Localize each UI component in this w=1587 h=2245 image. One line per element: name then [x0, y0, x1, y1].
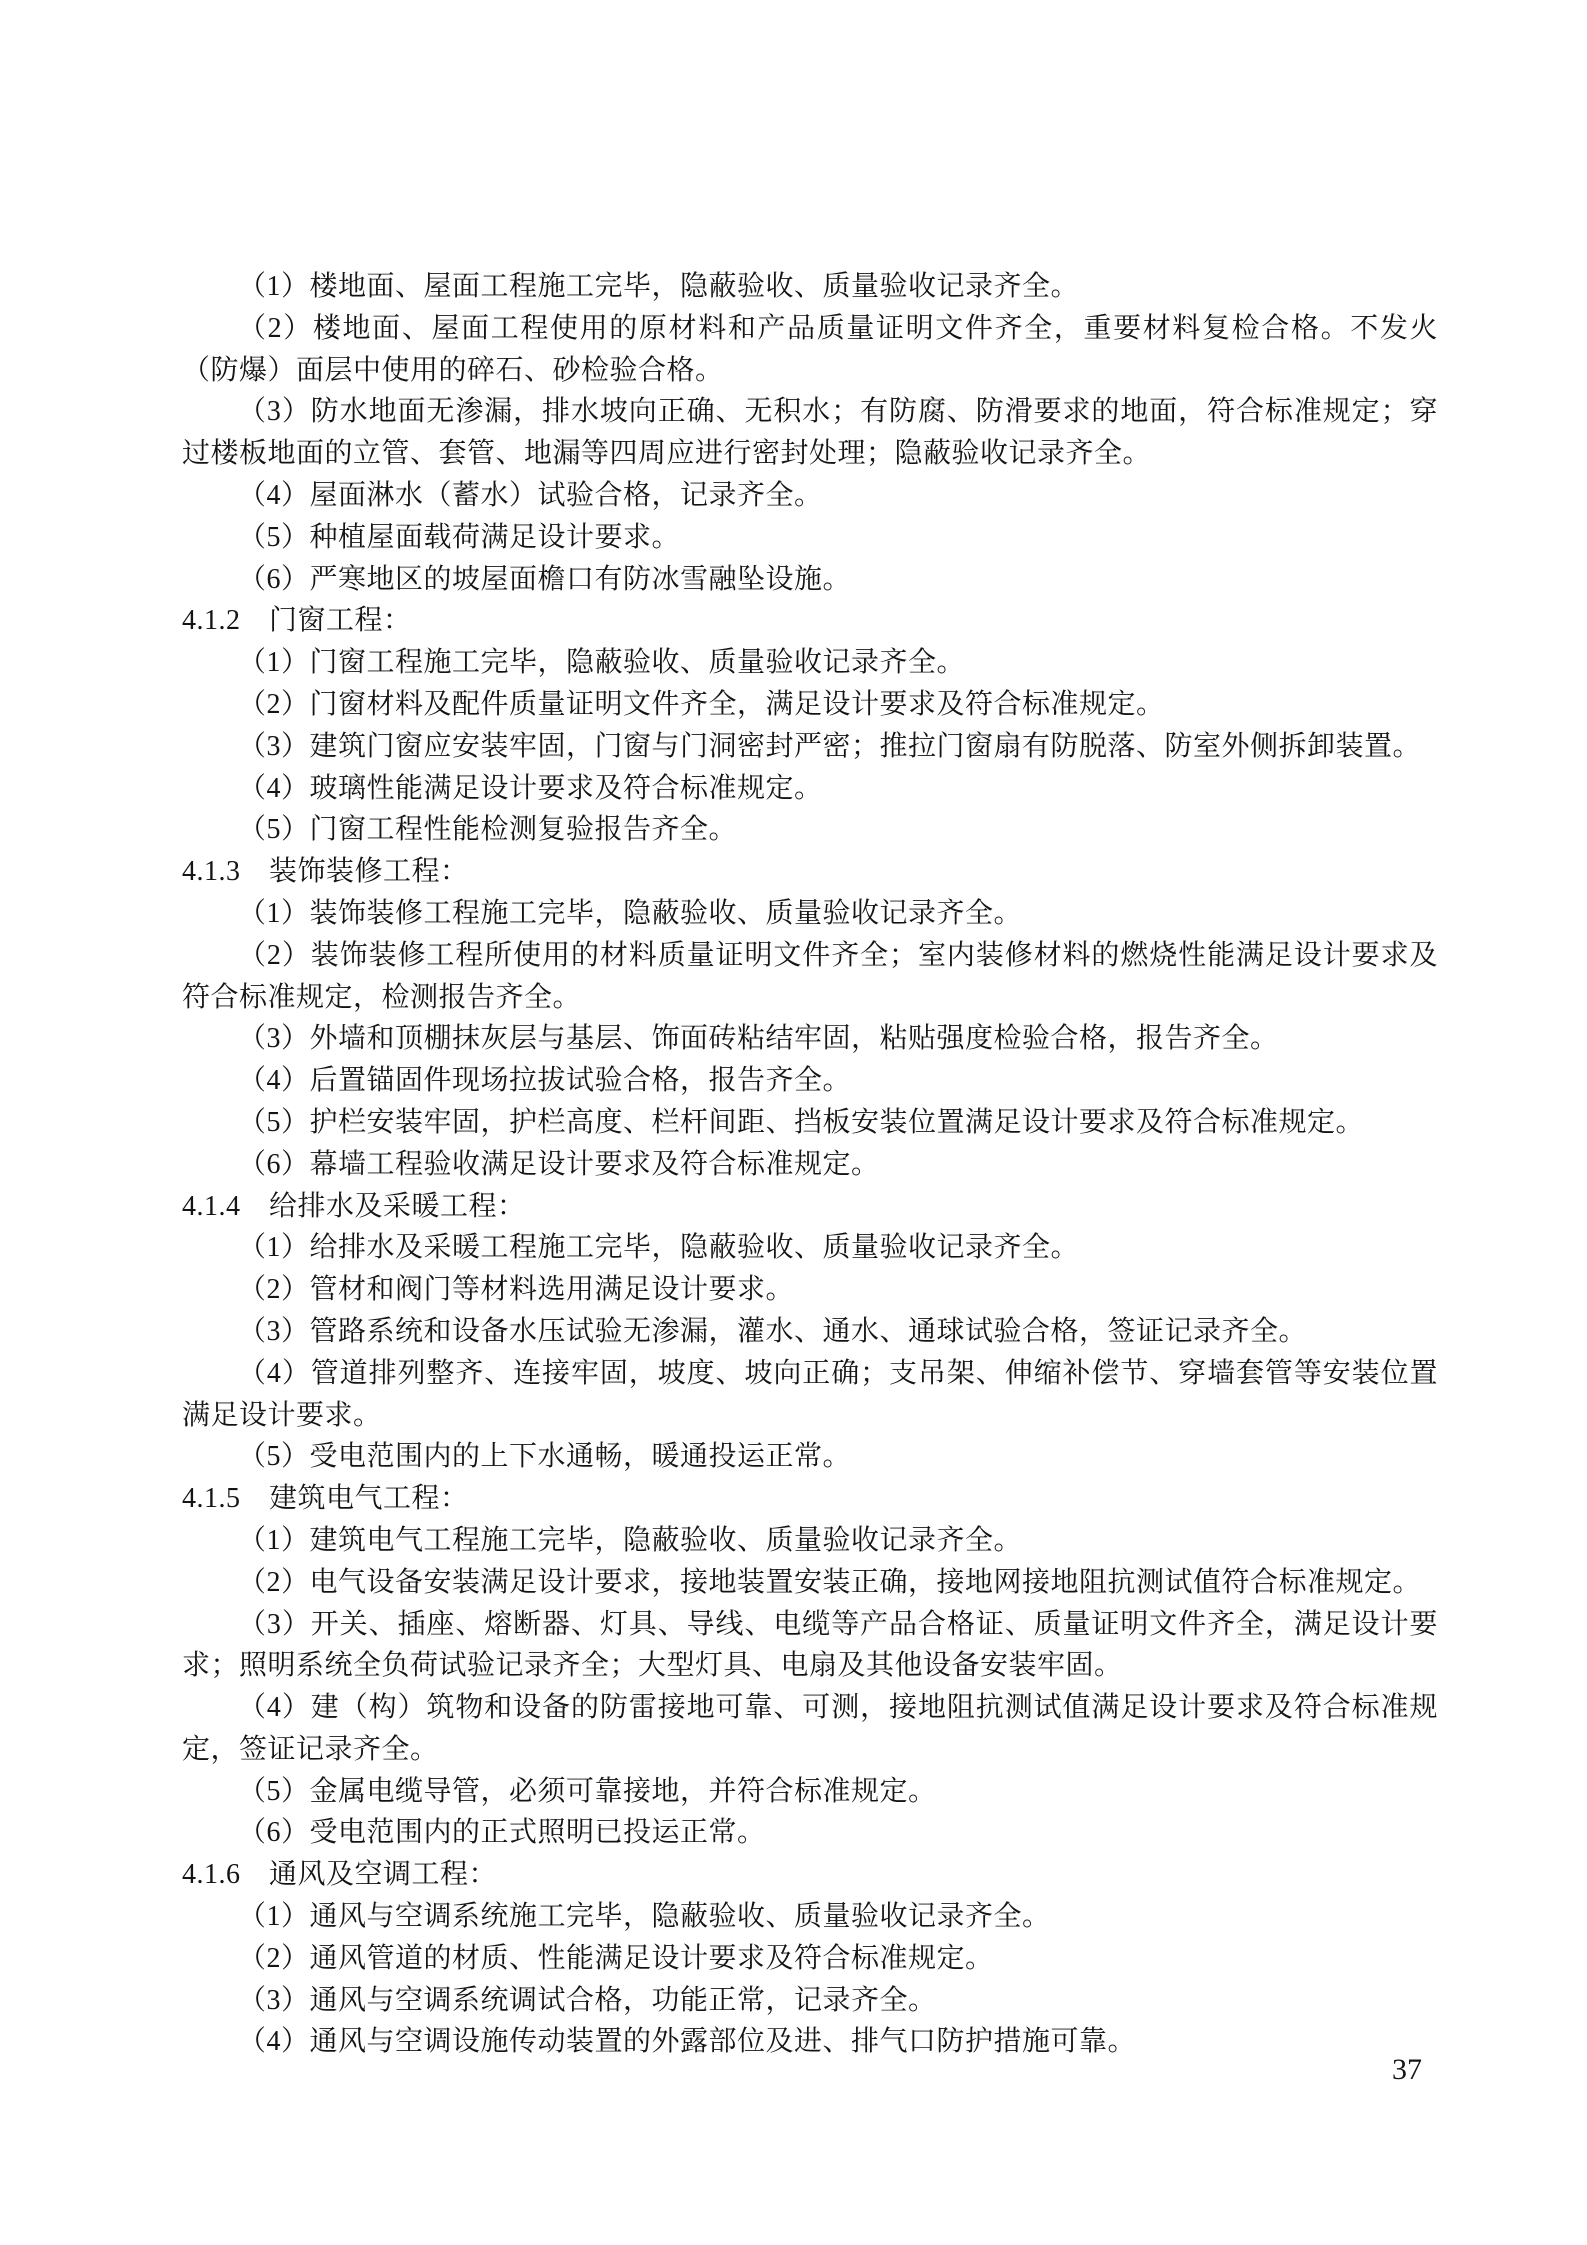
list-item: （5）受电范围内的上下水通畅，暖通投运正常。: [182, 1436, 1438, 1478]
list-item: （3）管路系统和设备水压试验无渗漏，灌水、通水、通球试验合格，签证记录齐全。: [182, 1311, 1438, 1353]
list-item: （1）通风与空调系统施工完毕，隐蔽验收、质量验收记录齐全。: [182, 1896, 1438, 1938]
page-number: 37: [1392, 2052, 1422, 2088]
list-item: （6）严寒地区的坡屋面檐口有防冰雪融坠设施。: [182, 559, 1438, 601]
list-item: （5）门窗工程性能检测复验报告齐全。: [182, 809, 1438, 851]
list-item: （1）门窗工程施工完毕，隐蔽验收、质量验收记录齐全。: [182, 642, 1438, 684]
section-heading: 4.1.4 给排水及采暖工程：: [182, 1186, 1438, 1228]
list-item: （5）种植屋面载荷满足设计要求。: [182, 517, 1438, 559]
list-item: （2）楼地面、屋面工程使用的原材料和产品质量证明文件齐全，重要材料复检合格。不发…: [182, 308, 1438, 392]
document-body: （1）楼地面、屋面工程施工完毕，隐蔽验收、质量验收记录齐全。（2）楼地面、屋面工…: [182, 266, 1438, 2063]
list-item: （4）屋面淋水（蓄水）试验合格，记录齐全。: [182, 475, 1438, 517]
list-item: （5）金属电缆导管，必须可靠接地，并符合标准规定。: [182, 1771, 1438, 1813]
list-item: （1）给排水及采暖工程施工完毕，隐蔽验收、质量验收记录齐全。: [182, 1227, 1438, 1269]
list-item: （4）后置锚固件现场拉拔试验合格，报告齐全。: [182, 1060, 1438, 1102]
list-item: （4）通风与空调设施传动装置的外露部位及进、排气口防护措施可靠。: [182, 2021, 1438, 2063]
document-page: （1）楼地面、屋面工程施工完毕，隐蔽验收、质量验收记录齐全。（2）楼地面、屋面工…: [0, 0, 1587, 2245]
list-item: （3）外墙和顶棚抹灰层与基层、饰面砖粘结牢固，粘贴强度检验合格，报告齐全。: [182, 1018, 1438, 1060]
list-item: （1）楼地面、屋面工程施工完毕，隐蔽验收、质量验收记录齐全。: [182, 266, 1438, 308]
list-item: （1）建筑电气工程施工完毕，隐蔽验收、质量验收记录齐全。: [182, 1520, 1438, 1562]
list-item: （3）通风与空调系统调试合格，功能正常，记录齐全。: [182, 1980, 1438, 2022]
section-heading: 4.1.5 建筑电气工程：: [182, 1478, 1438, 1520]
list-item: （3）防水地面无渗漏，排水坡向正确、无积水；有防腐、防滑要求的地面，符合标准规定…: [182, 391, 1438, 475]
list-item: （3）开关、插座、熔断器、灯具、导线、电缆等产品合格证、质量证明文件齐全，满足设…: [182, 1604, 1438, 1688]
list-item: （4）建（构）筑物和设备的防雷接地可靠、可测，接地阻抗测试值满足设计要求及符合标…: [182, 1687, 1438, 1771]
list-item: （2）装饰装修工程所使用的材料质量证明文件齐全；室内装修材料的燃烧性能满足设计要…: [182, 935, 1438, 1019]
list-item: （5）护栏安装牢固，护栏高度、栏杆间距、挡板安装位置满足设计要求及符合标准规定。: [182, 1102, 1438, 1144]
list-item: （4）管道排列整齐、连接牢固，坡度、坡向正确；支吊架、伸缩补偿节、穿墙套管等安装…: [182, 1353, 1438, 1437]
list-item: （6）受电范围内的正式照明已投运正常。: [182, 1812, 1438, 1854]
section-heading: 4.1.6 通风及空调工程：: [182, 1854, 1438, 1896]
section-heading: 4.1.3 装饰装修工程：: [182, 851, 1438, 893]
list-item: （6）幕墙工程验收满足设计要求及符合标准规定。: [182, 1144, 1438, 1186]
list-item: （2）管材和阀门等材料选用满足设计要求。: [182, 1269, 1438, 1311]
list-item: （4）玻璃性能满足设计要求及符合标准规定。: [182, 768, 1438, 810]
list-item: （2）通风管道的材质、性能满足设计要求及符合标准规定。: [182, 1938, 1438, 1980]
list-item: （2）电气设备安装满足设计要求，接地装置安装正确，接地网接地阻抗测试值符合标准规…: [182, 1562, 1438, 1604]
list-item: （1）装饰装修工程施工完毕，隐蔽验收、质量验收记录齐全。: [182, 893, 1438, 935]
list-item: （2）门窗材料及配件质量证明文件齐全，满足设计要求及符合标准规定。: [182, 684, 1438, 726]
section-heading: 4.1.2 门窗工程：: [182, 600, 1438, 642]
list-item: （3）建筑门窗应安装牢固，门窗与门洞密封严密；推拉门窗扇有防脱落、防室外侧拆卸装…: [182, 726, 1438, 768]
